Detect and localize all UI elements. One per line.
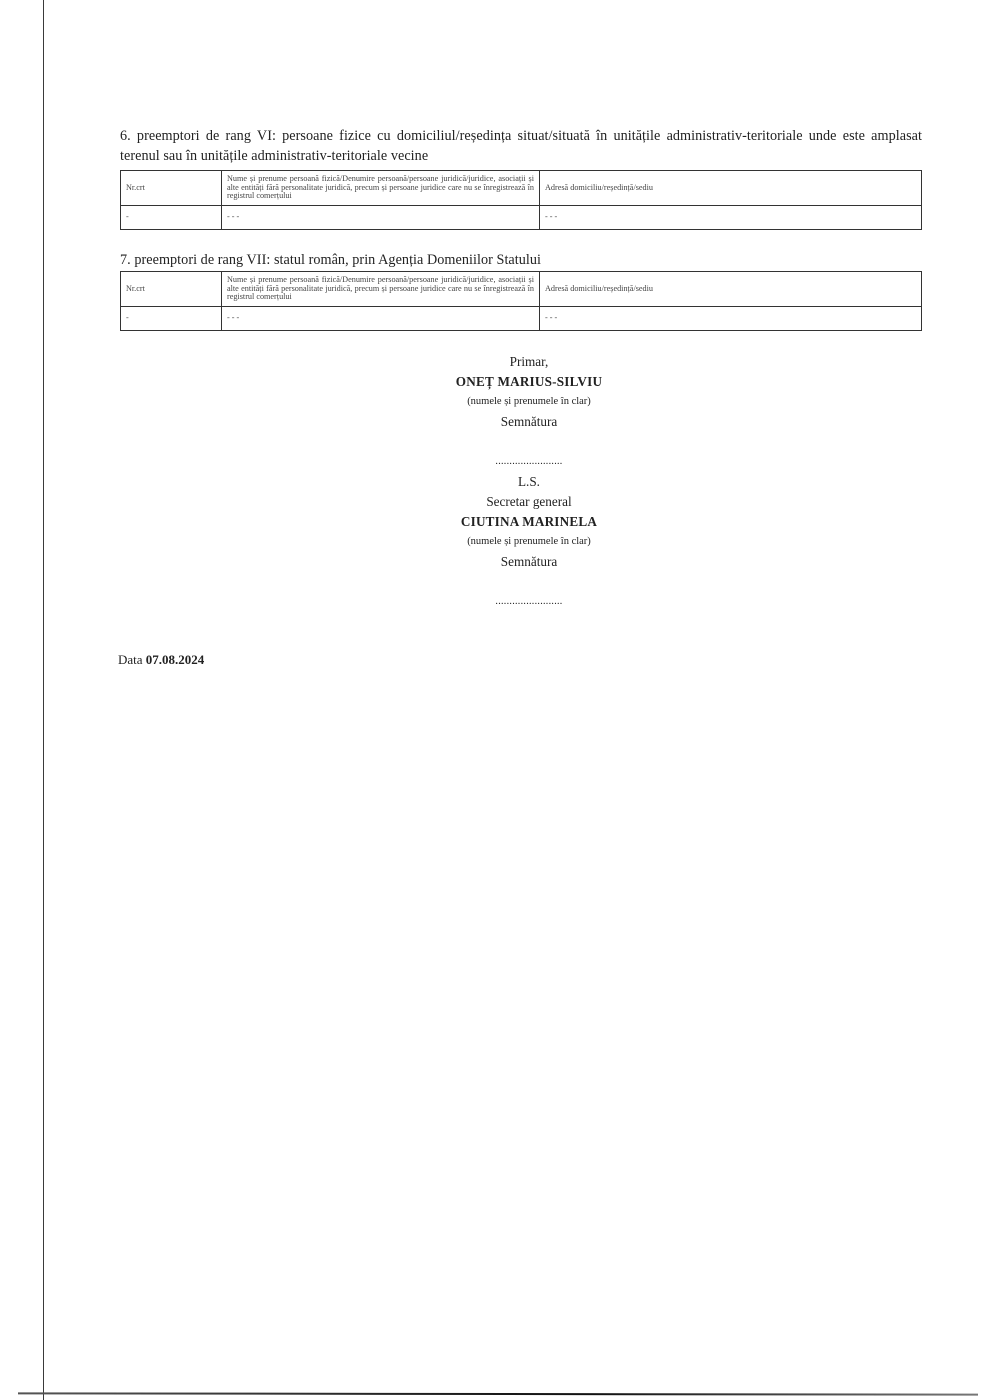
- secretary-name-note: (numele și prenumele în clar): [389, 532, 669, 552]
- document-date: Data 07.08.2024: [118, 652, 204, 668]
- mayor-signature-label: Semnătura: [389, 412, 669, 432]
- secretary-signature-block: L.S. Secretar general CIUTINA MARINELA (…: [389, 472, 669, 612]
- header-nr-crt: Nr.crt: [121, 272, 222, 307]
- cell-nr-crt: -: [121, 206, 222, 230]
- header-address: Adresă domiciliu/reședință/sediu: [540, 171, 922, 206]
- mayor-signature-block: Primar, ONEȚ MARIUS-SILVIU (numele și pr…: [389, 352, 669, 472]
- cell-name: - - -: [222, 206, 540, 230]
- mayor-role: Primar,: [389, 352, 669, 372]
- section-6-title: 6. preemptori de rang VI: persoane fizic…: [120, 126, 922, 166]
- bottom-scan-edge-line: [18, 1392, 978, 1395]
- preemptors-rank-7-table: Nr.crt Nume și prenume persoană fizică/D…: [120, 271, 922, 331]
- table-header-row: Nr.crt Nume și prenume persoană fizică/D…: [121, 272, 922, 307]
- secretary-name: CIUTINA MARINELA: [389, 512, 669, 532]
- date-label: Data: [118, 652, 143, 667]
- left-margin-line: [43, 0, 44, 1400]
- header-address: Adresă domiciliu/reședință/sediu: [540, 272, 922, 307]
- mayor-name-note: (numele și prenumele în clar): [389, 392, 669, 412]
- secretary-role: Secretar general: [389, 492, 669, 512]
- stamp-label: L.S.: [389, 472, 669, 492]
- secretary-signature-label: Semnătura: [389, 552, 669, 572]
- mayor-name: ONEȚ MARIUS-SILVIU: [389, 372, 669, 392]
- secretary-signature-line: ........................: [389, 592, 669, 612]
- cell-nr-crt: -: [121, 307, 222, 331]
- date-value: 07.08.2024: [146, 652, 205, 667]
- table-row: - - - - - - -: [121, 206, 922, 230]
- header-name: Nume și prenume persoană fizică/Denumire…: [222, 171, 540, 206]
- table-row: - - - - - - -: [121, 307, 922, 331]
- preemptors-rank-6-table: Nr.crt Nume și prenume persoană fizică/D…: [120, 170, 922, 230]
- table-header-row: Nr.crt Nume și prenume persoană fizică/D…: [121, 171, 922, 206]
- header-name: Nume și prenume persoană fizică/Denumire…: [222, 272, 540, 307]
- cell-address: - - -: [540, 307, 922, 331]
- header-nr-crt: Nr.crt: [121, 171, 222, 206]
- mayor-signature-line: ........................: [389, 452, 669, 472]
- cell-name: - - -: [222, 307, 540, 331]
- cell-address: - - -: [540, 206, 922, 230]
- section-7-title: 7. preemptori de rang VII: statul român,…: [120, 250, 560, 270]
